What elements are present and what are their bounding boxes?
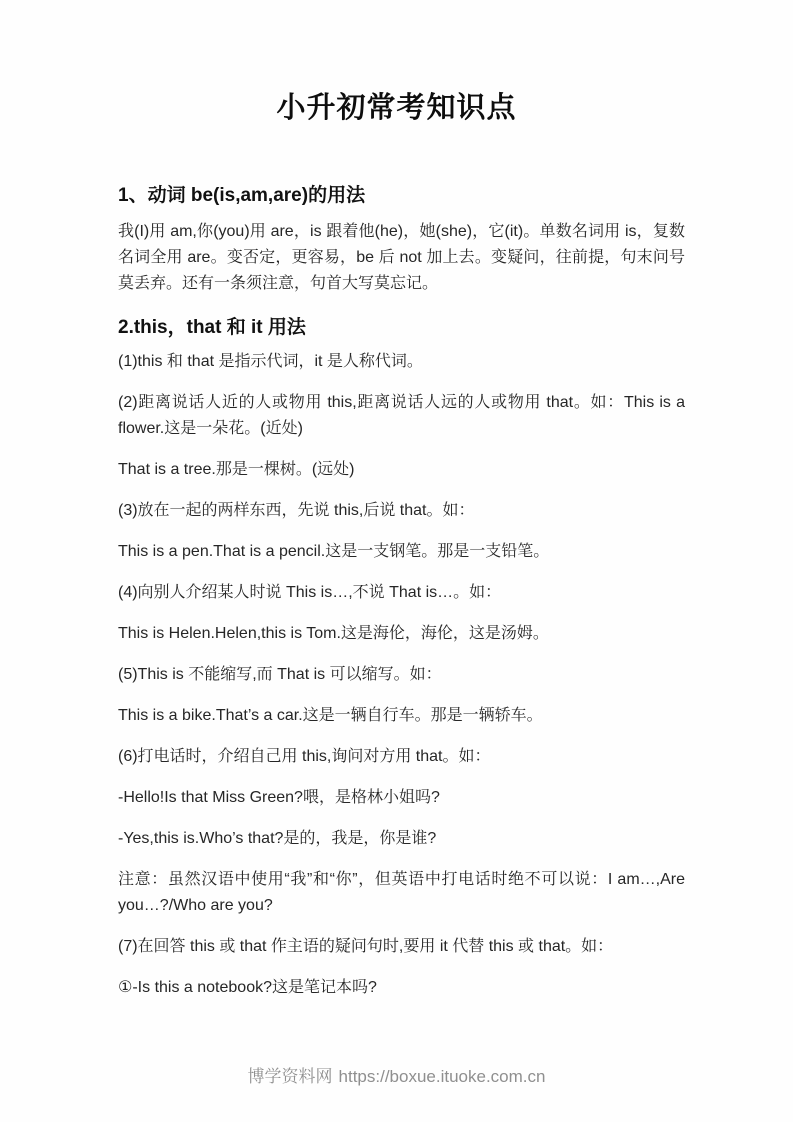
paragraph: This is Helen.Helen,this is Tom.这是海伦，海伦，… (118, 621, 685, 647)
paragraph: (5)This is 不能缩写,而 That is 可以缩写。如： (118, 662, 685, 688)
paragraph: -Yes,this is.Who’s that?是的，我是，你是谁? (118, 826, 685, 852)
paragraph: That is a tree.那是一棵树。(远处) (118, 457, 685, 483)
paragraph: (6)打电话时，介绍自己用 this,询问对方用 that。如： (118, 744, 685, 770)
footer-site-name: 博学资料网 (248, 1067, 333, 1086)
footer-url-link[interactable]: https://boxue.ituoke.com.cn (339, 1067, 546, 1086)
paragraph: This is a pen.That is a pencil.这是一支钢笔。那是… (118, 539, 685, 565)
document-page: 小升初常考知识点 1、动词 be(is,am,are)的用法 我(I)用 am,… (0, 0, 793, 1122)
document-title: 小升初常考知识点 (0, 0, 793, 126)
paragraph: (4)向别人介绍某人时说 This is…,不说 That is…。如： (118, 580, 685, 606)
paragraph: 注意：虽然汉语中使用“我”和“你”，但英语中打电话时绝不可以说：I am…,Ar… (118, 867, 685, 919)
paragraph: 我(I)用 am,你(you)用 are，is 跟着他(he)，她(she)，它… (118, 219, 685, 297)
page-footer-watermark: 博学资料网https://boxue.ituoke.com.cn (0, 1066, 793, 1088)
document-content: 1、动词 be(is,am,are)的用法 我(I)用 am,你(you)用 a… (0, 183, 793, 1001)
section-1-heading: 1、动词 be(is,am,are)的用法 (118, 183, 685, 209)
paragraph: (1)this 和 that 是指示代词，it 是人称代词。 (118, 349, 685, 375)
paragraph: (3)放在一起的两样东西，先说 this,后说 that。如： (118, 498, 685, 524)
paragraph: ①-Is this a notebook?这是笔记本吗? (118, 975, 685, 1001)
paragraph: (2)距离说话人近的人或物用 this,距离说话人远的人或物用 that。如：T… (118, 390, 685, 442)
paragraph: This is a bike.That’s a car.这是一辆自行车。那是一辆… (118, 703, 685, 729)
paragraph: -Hello!Is that Miss Green?喂，是格林小姐吗? (118, 785, 685, 811)
paragraph: (7)在回答 this 或 that 作主语的疑问句时,要用 it 代替 thi… (118, 934, 685, 960)
section-2-heading: 2.this，that 和 it 用法 (118, 315, 685, 341)
